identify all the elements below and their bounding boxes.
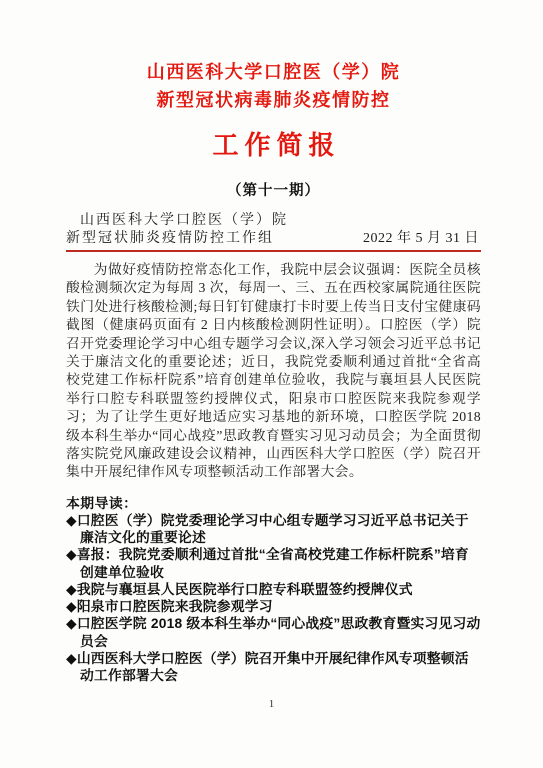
document-header: 山西医科大学口腔医（学）院 新型冠状病毒肺炎疫情防控 工作简报 （第十一期） (66, 58, 481, 200)
digest-item-text: 口腔医（学）院党委理论学习中心组专题学习习近平总书记关于廉洁文化的重要论述 (77, 513, 469, 545)
issuer-block: 山西医科大学口腔医（学）院 新型冠状肺炎疫情防控工作组 2022 年 5 月 3… (66, 211, 481, 252)
digest-heading: 本期导读： (66, 495, 481, 512)
diamond-bullet-icon: ◆ (66, 651, 77, 666)
digest-item: ◆喜报：我院党委顺利通过首批“全省高校党建工作标杆院系”培育创建单位验收 (66, 546, 481, 580)
digest-item: ◆口腔医学院 2018 级本科生举办“同心战疫”思政教育暨实习见习动员会 (66, 615, 481, 649)
document-date: 2022 年 5 月 31 日 (363, 230, 481, 247)
digest-item-text: 山西医科大学口腔医（学）院召开集中开展纪律作风专项整顿活动工作部署大会 (77, 651, 469, 683)
header-org-line-2: 新型冠状病毒肺炎疫情防控 (66, 86, 481, 114)
digest-item-text: 喜报：我院党委顺利通过首批“全省高校党建工作标杆院系”培育创建单位验收 (77, 547, 469, 579)
document-page: 山西医科大学口腔医（学）院 新型冠状病毒肺炎疫情防控 工作简报 （第十一期） 山… (0, 0, 543, 768)
document-title: 工作简报 (66, 130, 481, 160)
digest-section: 本期导读： ◆口腔医（学）院党委理论学习中心组专题学习习近平总书记关于廉洁文化的… (66, 495, 481, 684)
diamond-bullet-icon: ◆ (66, 582, 77, 597)
digest-item: ◆我院与襄垣县人民医院举行口腔专科联盟签约授牌仪式 (66, 581, 481, 598)
diamond-bullet-icon: ◆ (66, 513, 77, 528)
issuer-date-row: 新型冠状肺炎疫情防控工作组 2022 年 5 月 31 日 (66, 230, 481, 252)
page-footer: 1 (0, 694, 543, 712)
issuer-line-2: 新型冠状肺炎疫情防控工作组 (66, 230, 274, 247)
document-content: 山西医科大学口腔医（学）院 新型冠状病毒肺炎疫情防控 工作简报 （第十一期） 山… (0, 0, 543, 684)
digest-item-text: 口腔医学院 2018 级本科生举办“同心战疫”思政教育暨实习见习动员会 (77, 616, 481, 648)
digest-item: ◆阳泉市口腔医院来我院参观学习 (66, 598, 481, 615)
page-number: 1 (269, 698, 275, 710)
summary-paragraph: 为做好疫情防控常态化工作，我院中层会议强调：医院全员核酸检测频次定为每周 3 次… (66, 261, 481, 482)
digest-item-text: 阳泉市口腔医院来我院参观学习 (77, 599, 273, 614)
diamond-bullet-icon: ◆ (66, 616, 77, 631)
diamond-bullet-icon: ◆ (66, 547, 77, 562)
digest-item: ◆山西医科大学口腔医（学）院召开集中开展纪律作风专项整顿活动工作部署大会 (66, 650, 481, 684)
header-org-line-1: 山西医科大学口腔医（学）院 (66, 58, 481, 86)
digest-item: ◆口腔医（学）院党委理论学习中心组专题学习习近平总书记关于廉洁文化的重要论述 (66, 512, 481, 546)
digest-list: ◆口腔医（学）院党委理论学习中心组专题学习习近平总书记关于廉洁文化的重要论述 ◆… (66, 512, 481, 684)
diamond-bullet-icon: ◆ (66, 599, 77, 614)
issuer-line-1: 山西医科大学口腔医（学）院 (66, 211, 481, 230)
issue-number: （第十一期） (66, 179, 481, 200)
digest-item-text: 我院与襄垣县人民医院举行口腔专科联盟签约授牌仪式 (77, 582, 413, 597)
